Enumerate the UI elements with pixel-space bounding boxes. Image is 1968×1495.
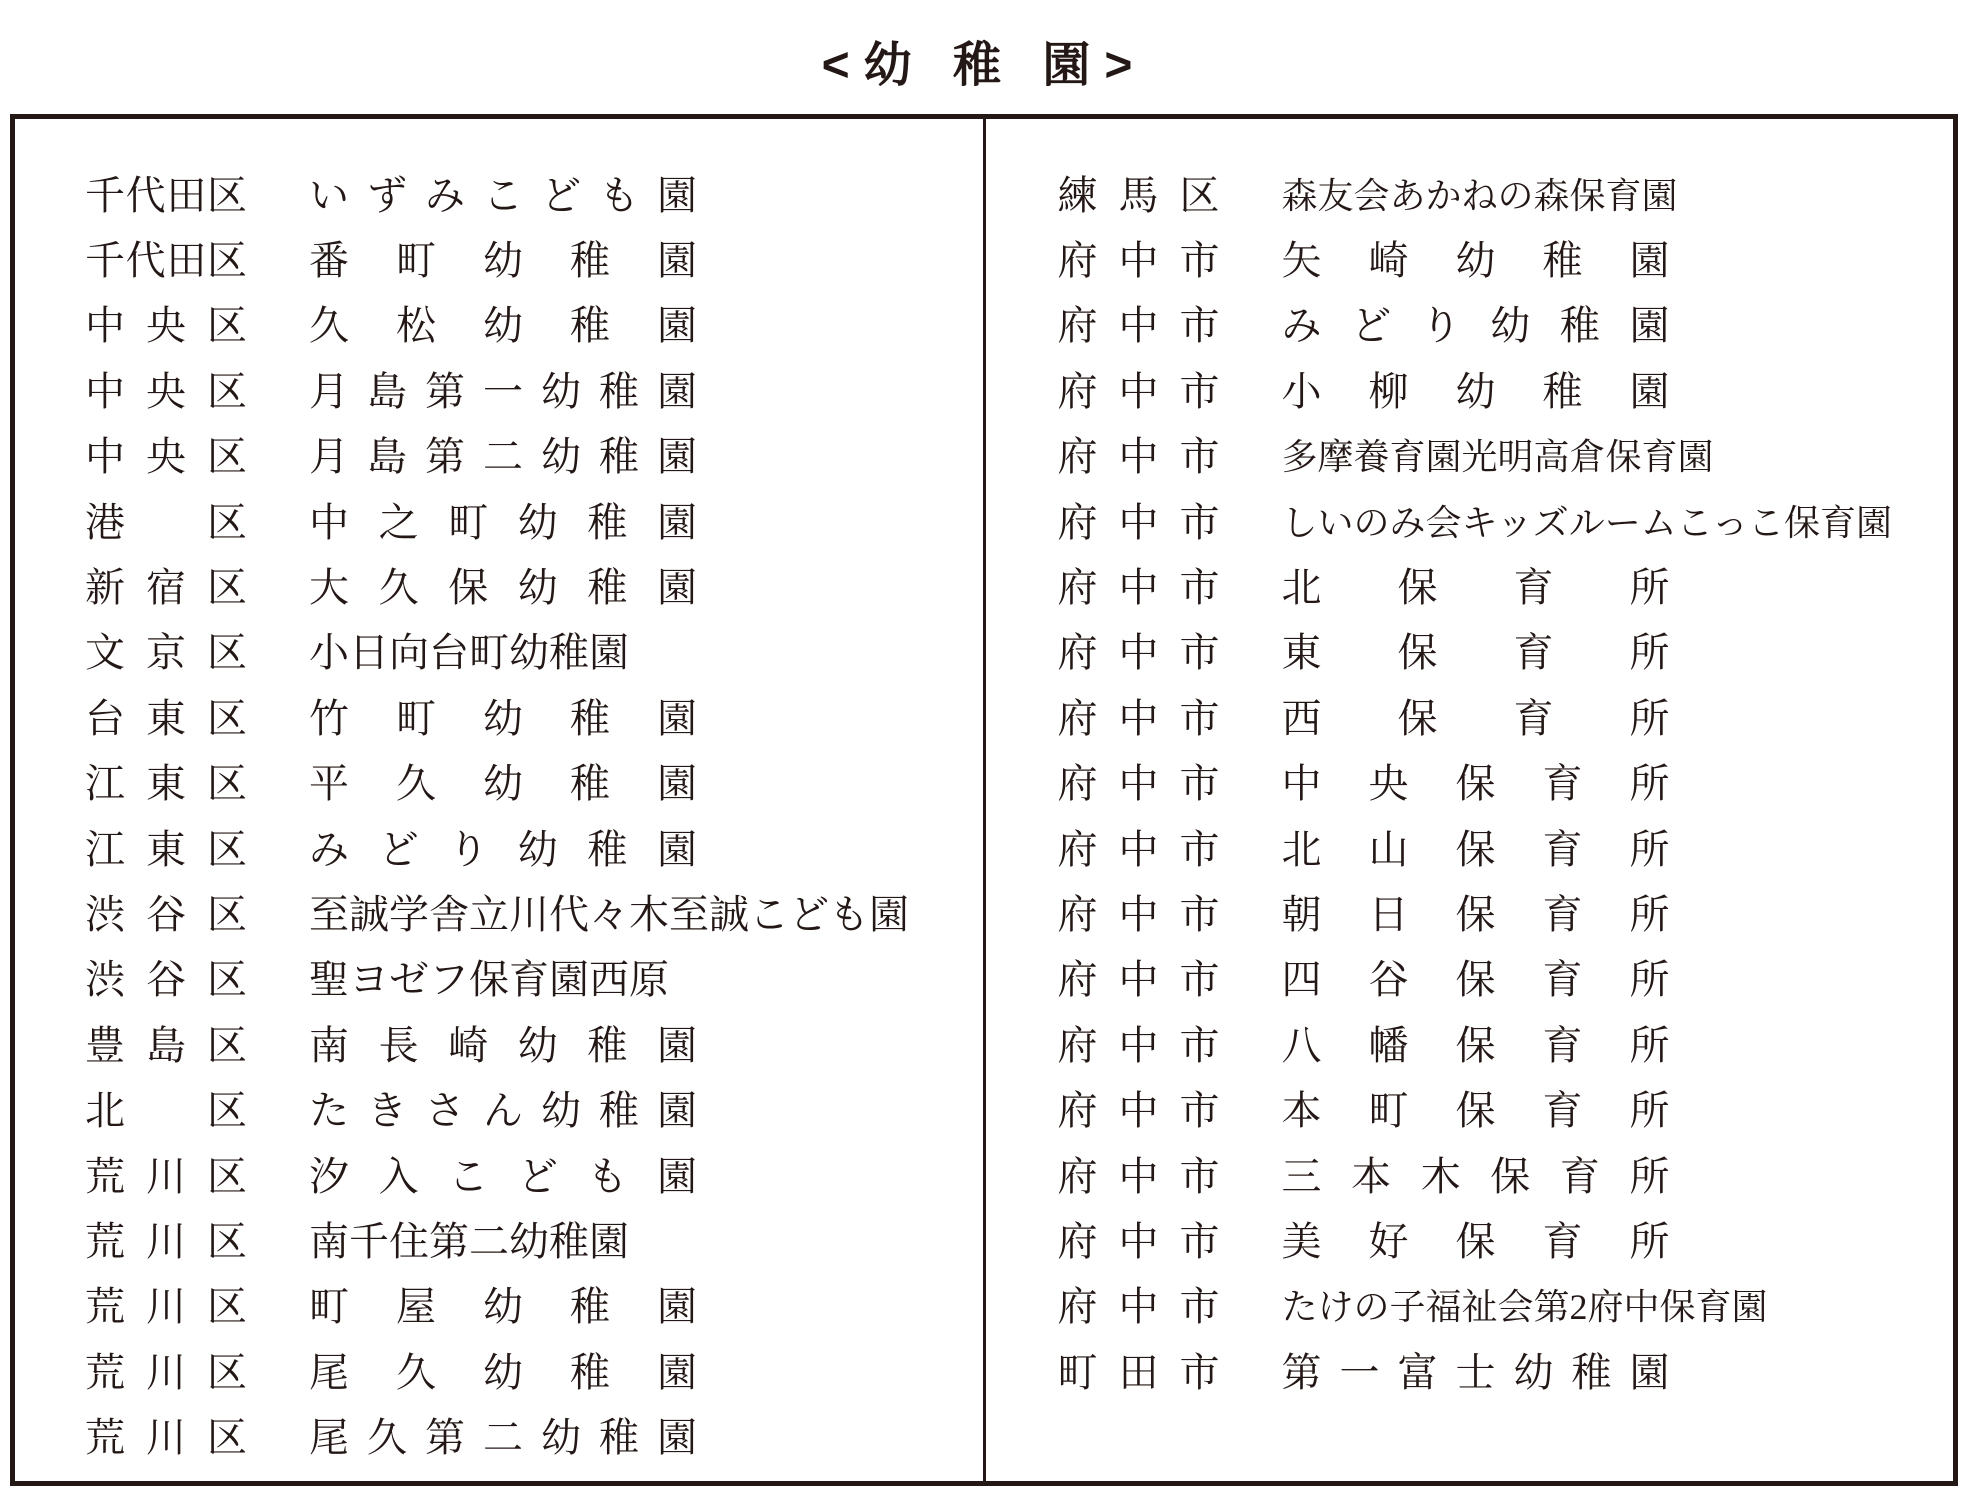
char: 園 <box>657 568 697 608</box>
facility-name-cell: 平久幼稚園 <box>309 764 697 804</box>
char: 園 <box>1630 372 1670 412</box>
char: 市 <box>1180 241 1220 281</box>
char: 北 <box>1282 568 1322 608</box>
table-row: 千代田区 いずみこども園 <box>85 163 983 228</box>
district-cell: 中央区 <box>85 372 247 412</box>
char: 町 <box>1369 1091 1409 1131</box>
char: 保 <box>1456 1026 1496 1066</box>
table-row: 台東区 竹町幼稚園 <box>85 686 983 751</box>
char: 稚 <box>1543 372 1583 412</box>
char: 馬 <box>1119 176 1159 216</box>
facility-name-cell: 南長崎幼稚園 <box>309 1026 697 1066</box>
table-row: 府中市 しいのみ会キッズルームこっこ保育園 <box>1058 490 1954 555</box>
char: 東 <box>146 699 186 739</box>
district-cell: 府中市 <box>1058 830 1220 870</box>
char: 谷 <box>146 895 186 935</box>
char: 八 <box>1282 1026 1322 1066</box>
facility-name-cell: 竹町幼稚園 <box>309 699 697 739</box>
char: 久 <box>379 568 419 608</box>
facility-name-cell: 矢崎幼稚園 <box>1282 241 1670 281</box>
char: 園 <box>657 1287 697 1327</box>
district-cell: 府中市 <box>1058 437 1220 477</box>
table-row: 江東区 みどり幼稚園 <box>85 817 983 882</box>
char: 保 <box>1398 633 1438 673</box>
table-row: 府中市 北山保育所 <box>1058 817 1954 882</box>
table-row: 府中市 多摩養育園光明高倉保育園 <box>1058 425 1954 490</box>
char: 幼 <box>1456 241 1496 281</box>
char: 入 <box>379 1157 419 1197</box>
char: ど <box>379 830 419 870</box>
char: 稚 <box>570 699 610 739</box>
table-row: 荒川区 尾久第二幼稚園 <box>85 1405 983 1470</box>
facility-name-cell: 本町保育所 <box>1282 1091 1670 1131</box>
char: 育 <box>1543 895 1583 935</box>
char: 府 <box>1058 830 1098 870</box>
char: 稚 <box>599 1418 639 1458</box>
char: 園 <box>657 176 697 216</box>
char: 本 <box>1282 1091 1322 1131</box>
char: 中 <box>1119 1222 1159 1262</box>
char: 文 <box>85 633 125 673</box>
facility-name-cell: 久松幼稚園 <box>309 306 697 346</box>
district-cell: 府中市 <box>1058 633 1220 673</box>
district-cell: 荒川区 <box>85 1222 247 1262</box>
char: ど <box>541 176 581 216</box>
district-cell: 江東区 <box>85 830 247 870</box>
char: 中 <box>1119 699 1159 739</box>
char: 屋 <box>396 1287 436 1327</box>
table-row: 府中市 矢崎幼稚園 <box>1058 228 1954 293</box>
char: 幼 <box>518 503 558 543</box>
char: み <box>425 176 465 216</box>
district-cell: 中央区 <box>85 437 247 477</box>
char: 府 <box>1058 1026 1098 1066</box>
char: り <box>448 830 488 870</box>
char: 幡 <box>1369 1026 1409 1066</box>
char: き <box>367 1091 407 1131</box>
char: 稚 <box>587 830 627 870</box>
district-cell: 府中市 <box>1058 503 1220 543</box>
char: 育 <box>1543 830 1583 870</box>
char: 朝 <box>1282 895 1322 935</box>
char: 市 <box>1180 1222 1220 1262</box>
char: 稚 <box>587 568 627 608</box>
char: 町 <box>448 503 488 543</box>
char: 市 <box>1180 372 1220 412</box>
char: ん <box>483 1091 523 1131</box>
char: 川 <box>146 1157 186 1197</box>
facility-name-cell: 東保育所 <box>1282 633 1670 673</box>
facility-name-cell: 至誠学舎立川代々木至誠こども園 <box>309 895 909 935</box>
char: 四 <box>1282 960 1322 1000</box>
char: 稚 <box>570 764 610 804</box>
char: 二 <box>483 1418 523 1458</box>
char: 市 <box>1180 503 1220 543</box>
table-row: 府中市 美好保育所 <box>1058 1209 1954 1274</box>
char: 育 <box>1543 1026 1583 1066</box>
char: 一 <box>483 372 523 412</box>
char: 園 <box>1630 1353 1670 1393</box>
char: 区 <box>207 372 247 412</box>
facility-name-cell: しいのみ会キッズルームこっこ保育園 <box>1282 505 1893 541</box>
char: 中 <box>1119 437 1159 477</box>
char: 市 <box>1180 699 1220 739</box>
char: 府 <box>1058 960 1098 1000</box>
right-column: 練馬区 森友会あかねの森保育園 府中市 矢崎幼稚園 府中市 みどり幼稚園 府中市… <box>986 119 1954 1481</box>
char: 稚 <box>570 1353 610 1393</box>
district-cell: 府中市 <box>1058 764 1220 804</box>
table-row: 府中市 たけの子福祉会第2府中保育園 <box>1058 1275 1954 1340</box>
char: 府 <box>1058 633 1098 673</box>
district-cell: 渋谷区 <box>85 895 247 935</box>
char: 中 <box>1282 764 1322 804</box>
char: 北 <box>85 1091 125 1131</box>
district-cell: 台東区 <box>85 699 247 739</box>
char: 第 <box>425 437 465 477</box>
char: 町 <box>396 699 436 739</box>
facility-name-cell: 中央保育所 <box>1282 764 1670 804</box>
char: 島 <box>146 1026 186 1066</box>
char: 区 <box>207 568 247 608</box>
table-row: 府中市 三本木保育所 <box>1058 1144 1954 1209</box>
char: さ <box>425 1091 465 1131</box>
char: 代 <box>126 176 166 216</box>
char: 月 <box>309 437 349 477</box>
char: 木 <box>1421 1157 1461 1197</box>
char: 園 <box>657 1418 697 1458</box>
char: 幼 <box>483 1353 523 1393</box>
char: 区 <box>207 176 247 216</box>
district-cell: 府中市 <box>1058 1026 1220 1066</box>
char: 央 <box>1369 764 1409 804</box>
district-cell: 府中市 <box>1058 306 1220 346</box>
char: 区 <box>207 437 247 477</box>
char: 渋 <box>85 960 125 1000</box>
char: 区 <box>207 633 247 673</box>
char: 育 <box>1543 1091 1583 1131</box>
table-row: 府中市 小柳幼稚園 <box>1058 359 1954 424</box>
char: 富 <box>1398 1353 1438 1393</box>
char: 之 <box>379 503 419 543</box>
char: 所 <box>1630 633 1670 673</box>
char: 江 <box>85 764 125 804</box>
table-row: 渋谷区 聖ヨゼフ保育園西原 <box>85 948 983 1013</box>
char: 区 <box>207 1026 247 1066</box>
facility-name-cell: 八幡保育所 <box>1282 1026 1670 1066</box>
char: こ <box>483 176 523 216</box>
district-cell: 府中市 <box>1058 699 1220 739</box>
char: 第 <box>425 1418 465 1458</box>
district-cell: 千代田区 <box>85 241 247 281</box>
char: 府 <box>1058 764 1098 804</box>
district-cell: 府中市 <box>1058 241 1220 281</box>
char: 番 <box>309 241 349 281</box>
char: 区 <box>1180 176 1220 216</box>
char: 幼 <box>518 1026 558 1066</box>
district-cell: 荒川区 <box>85 1287 247 1327</box>
char: 竹 <box>309 699 349 739</box>
char: 区 <box>207 1091 247 1131</box>
char: 所 <box>1630 1091 1670 1131</box>
char: 園 <box>657 830 697 870</box>
district-cell: 府中市 <box>1058 568 1220 608</box>
char: 保 <box>1456 1222 1496 1262</box>
char: 府 <box>1058 306 1098 346</box>
char: 市 <box>1180 1091 1220 1131</box>
char: た <box>309 1091 349 1131</box>
table-row: 町田市 第一富士幼稚園 <box>1058 1340 1954 1405</box>
district-cell: 町田市 <box>1058 1353 1220 1393</box>
char: 園 <box>657 699 697 739</box>
char: 保 <box>1490 1157 1530 1197</box>
table-row: 江東区 平久幼稚園 <box>85 752 983 817</box>
char: 荒 <box>85 1418 125 1458</box>
table-row: 新宿区 大久保幼稚園 <box>85 555 983 620</box>
table-row: 練馬区 森友会あかねの森保育園 <box>1058 163 1954 228</box>
char: 新 <box>85 568 125 608</box>
table-row: 府中市 北保育所 <box>1058 555 1954 620</box>
char: 区 <box>207 1418 247 1458</box>
char: 中 <box>1119 895 1159 935</box>
char: 日 <box>1369 895 1409 935</box>
char: 北 <box>1282 830 1322 870</box>
char: 幼 <box>483 306 523 346</box>
char: 久 <box>396 764 436 804</box>
char: 園 <box>657 1091 697 1131</box>
char: 市 <box>1180 1287 1220 1327</box>
char: 尾 <box>309 1418 349 1458</box>
district-cell: 府中市 <box>1058 1091 1220 1131</box>
table-row: 荒川区 汐入こども園 <box>85 1144 983 1209</box>
char: 中 <box>1119 633 1159 673</box>
district-cell: 府中市 <box>1058 960 1220 1000</box>
char: 幼 <box>1514 1353 1554 1393</box>
char: 稚 <box>599 1091 639 1131</box>
char: 幼 <box>1490 306 1530 346</box>
char: 西 <box>1282 699 1322 739</box>
char: 市 <box>1180 1026 1220 1066</box>
facility-name-cell: 小日向台町幼稚園 <box>309 633 629 673</box>
district-cell: 府中市 <box>1058 1287 1220 1327</box>
district-cell: 豊島区 <box>85 1026 247 1066</box>
char: 中 <box>1119 372 1159 412</box>
char: 市 <box>1180 437 1220 477</box>
char: 島 <box>367 372 407 412</box>
char: 幼 <box>541 1091 581 1131</box>
char: み <box>1282 306 1322 346</box>
char: 府 <box>1058 699 1098 739</box>
char: 稚 <box>599 372 639 412</box>
char: 市 <box>1180 1157 1220 1197</box>
char: 幼 <box>541 372 581 412</box>
char: 所 <box>1629 1157 1669 1197</box>
district-cell: 荒川区 <box>85 1157 247 1197</box>
char: 代 <box>126 241 166 281</box>
char: 園 <box>657 306 697 346</box>
char: 汐 <box>309 1157 349 1197</box>
char: 台 <box>85 699 125 739</box>
char: 千 <box>85 176 125 216</box>
char: 幼 <box>541 437 581 477</box>
char: 園 <box>1630 241 1670 281</box>
char: 幼 <box>518 830 558 870</box>
char: 東 <box>146 830 186 870</box>
char: 川 <box>146 1287 186 1327</box>
char: 中 <box>85 372 125 412</box>
char: 区 <box>207 241 247 281</box>
char: 中 <box>1119 764 1159 804</box>
char: 育 <box>1560 1157 1600 1197</box>
table-row: 府中市 四谷保育所 <box>1058 948 1954 1013</box>
char: 央 <box>146 372 186 412</box>
char: 中 <box>85 306 125 346</box>
char: 田 <box>1119 1353 1159 1393</box>
char: 所 <box>1630 830 1670 870</box>
facility-name-cell: みどり幼稚園 <box>309 830 697 870</box>
facility-name-cell: 尾久幼稚園 <box>309 1353 697 1393</box>
district-cell: 府中市 <box>1058 895 1220 935</box>
facility-name-cell: 月島第二幼稚園 <box>309 437 697 477</box>
char: 中 <box>1119 503 1159 543</box>
char: 幼 <box>483 699 523 739</box>
char: 市 <box>1180 895 1220 935</box>
district-cell: 府中市 <box>1058 1222 1220 1262</box>
char: 保 <box>1456 895 1496 935</box>
char: 士 <box>1456 1353 1496 1393</box>
char: 京 <box>146 633 186 673</box>
table-row: 荒川区 尾久幼稚園 <box>85 1340 983 1405</box>
char: 尾 <box>309 1353 349 1393</box>
char: 好 <box>1369 1222 1409 1262</box>
char: 央 <box>146 306 186 346</box>
table-row: 府中市 八幡保育所 <box>1058 1013 1954 1078</box>
char: い <box>309 176 349 216</box>
char: 保 <box>1456 830 1496 870</box>
char: 谷 <box>1369 960 1409 1000</box>
facility-name-cell: 第一富士幼稚園 <box>1282 1353 1670 1393</box>
char: 南 <box>309 1026 349 1066</box>
table-row: 中央区 月島第二幼稚園 <box>85 425 983 490</box>
char: 保 <box>1456 1091 1496 1131</box>
char: 崎 <box>448 1026 488 1066</box>
facility-name-cell: 番町幼稚園 <box>309 241 697 281</box>
char: ど <box>518 1157 558 1197</box>
document-page: <幼 稚 園> 千代田区 いずみこども園 千代田区 番町幼稚園 中央区 久松幼稚… <box>0 0 1968 1495</box>
char: 田 <box>166 241 206 281</box>
char: 園 <box>657 1157 697 1197</box>
facility-name-cell: たけの子福祉会第2府中保育園 <box>1282 1289 1768 1325</box>
facility-name-cell: 大久保幼稚園 <box>309 568 697 608</box>
char: ず <box>367 176 407 216</box>
char: 所 <box>1630 1222 1670 1262</box>
char: 稚 <box>570 1287 610 1327</box>
char: 保 <box>1398 699 1438 739</box>
char: 稚 <box>1572 1353 1612 1393</box>
facility-name-cell: 尾久第二幼稚園 <box>309 1418 697 1458</box>
char: 稚 <box>570 306 610 346</box>
char: 区 <box>207 306 247 346</box>
district-cell: 荒川区 <box>85 1353 247 1393</box>
char: 稚 <box>570 241 610 281</box>
char: 本 <box>1351 1157 1391 1197</box>
char: 稚 <box>1560 306 1600 346</box>
left-column: 千代田区 いずみこども園 千代田区 番町幼稚園 中央区 久松幼稚園 中央区 月島… <box>15 119 983 1481</box>
char: 府 <box>1058 372 1098 412</box>
facility-name-cell: 中之町幼稚園 <box>309 503 697 543</box>
char: 保 <box>448 568 488 608</box>
char: 中 <box>1119 306 1159 346</box>
char: 保 <box>1398 568 1438 608</box>
char: 稚 <box>1543 241 1583 281</box>
char: 中 <box>1119 1287 1159 1327</box>
char: 園 <box>657 764 697 804</box>
char: 中 <box>1119 960 1159 1000</box>
char: 幼 <box>483 1287 523 1327</box>
facility-name-cell: いずみこども園 <box>309 176 697 216</box>
char: 区 <box>207 1157 247 1197</box>
char: 荒 <box>85 1222 125 1262</box>
char: 第 <box>1282 1353 1322 1393</box>
char: 宿 <box>146 568 186 608</box>
char: 中 <box>309 503 349 543</box>
char: 東 <box>146 764 186 804</box>
table-row: 荒川区 南千住第二幼稚園 <box>85 1209 983 1274</box>
district-cell: 練馬区 <box>1058 176 1220 216</box>
char: 府 <box>1058 1157 1098 1197</box>
char: 区 <box>207 1287 247 1327</box>
char: 市 <box>1180 568 1220 608</box>
char: 区 <box>207 1222 247 1262</box>
district-cell: 文京区 <box>85 633 247 673</box>
char: 央 <box>146 437 186 477</box>
char: 稚 <box>587 1026 627 1066</box>
char: 大 <box>309 568 349 608</box>
char: 中 <box>1119 1157 1159 1197</box>
table-row: 中央区 久松幼稚園 <box>85 294 983 359</box>
char: 府 <box>1058 1287 1098 1327</box>
facility-name-cell: 汐入こども園 <box>309 1157 697 1197</box>
table-row: 中央区 月島第一幼稚園 <box>85 359 983 424</box>
char: 育 <box>1543 764 1583 804</box>
char: 園 <box>657 241 697 281</box>
table-row: 千代田区 番町幼稚園 <box>85 228 983 293</box>
char: 区 <box>207 830 247 870</box>
char: 中 <box>85 437 125 477</box>
char: 港 <box>85 503 125 543</box>
char: 育 <box>1543 1222 1583 1262</box>
char: 山 <box>1369 830 1409 870</box>
char: 月 <box>309 372 349 412</box>
facility-name-cell: 西保育所 <box>1282 699 1670 739</box>
district-cell: 江東区 <box>85 764 247 804</box>
char: 谷 <box>146 960 186 1000</box>
district-cell: 中央区 <box>85 306 247 346</box>
char: 荒 <box>85 1287 125 1327</box>
char: 育 <box>1514 633 1554 673</box>
char: 千 <box>85 241 125 281</box>
char: 府 <box>1058 895 1098 935</box>
char: 区 <box>207 503 247 543</box>
char: 区 <box>207 1353 247 1393</box>
char: 保 <box>1456 960 1496 1000</box>
char: 育 <box>1514 699 1554 739</box>
char: 区 <box>207 699 247 739</box>
list-box: 千代田区 いずみこども園 千代田区 番町幼稚園 中央区 久松幼稚園 中央区 月島… <box>10 114 1958 1486</box>
char: 府 <box>1058 241 1098 281</box>
char: 町 <box>396 241 436 281</box>
facility-name-cell: 聖ヨゼフ保育園西原 <box>309 960 669 1000</box>
facility-name-cell: 月島第一幼稚園 <box>309 372 697 412</box>
